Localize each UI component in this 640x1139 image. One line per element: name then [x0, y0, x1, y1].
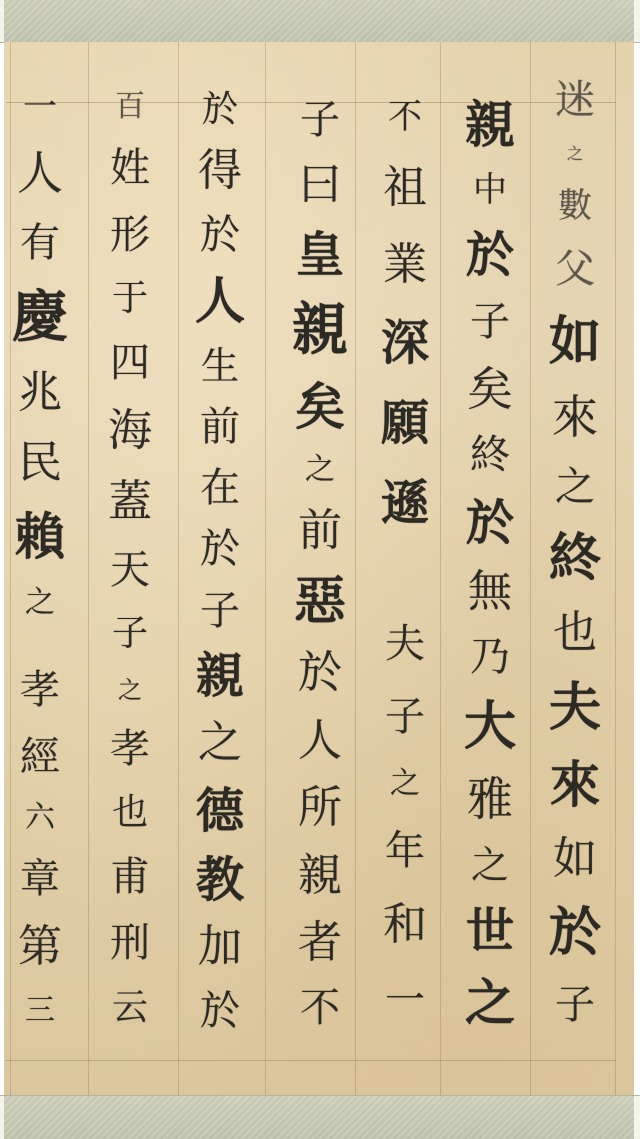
calligraphy-glyph: 之 — [471, 846, 509, 884]
calligraphy-glyph: 終 — [549, 533, 601, 585]
calligraphy-column-5: 於得於人生前在於子親之德教加於 — [180, 42, 260, 1092]
calligraphy-glyph: 所 — [298, 786, 342, 830]
calligraphy-column-4: 子曰皇親矣之前惡於人所親者不 — [280, 42, 360, 1100]
calligraphy-glyph: 皇 — [296, 231, 344, 279]
calligraphy-glyph: 在 — [200, 468, 240, 508]
calligraphy-glyph: 於 — [200, 215, 240, 255]
calligraphy-glyph: 蓋 — [108, 480, 152, 524]
calligraphy-glyph: 之 — [567, 146, 583, 162]
calligraphy-glyph: 子 — [385, 697, 425, 737]
calligraphy-glyph: 云 — [112, 990, 148, 1026]
calligraphy-glyph: 人 — [17, 150, 63, 196]
calligraphy-glyph: 之 — [118, 678, 142, 702]
calligraphy-glyph: 於 — [200, 991, 240, 1031]
calligraphy-glyph: 子 — [200, 591, 240, 631]
column-rule-3 — [265, 42, 266, 1095]
calligraphy-glyph: 中 — [473, 173, 507, 207]
calligraphy-glyph: 如 — [549, 316, 601, 368]
calligraphy-glyph: 於 — [298, 651, 342, 695]
calligraphy-glyph: 教 — [196, 856, 244, 904]
mount-edge-right — [634, 0, 640, 42]
column-rule-2 — [178, 42, 179, 1095]
column-rule-1 — [88, 42, 89, 1095]
calligraphy-glyph: 前 — [298, 509, 342, 553]
calligraphy-column-3: 不祖業深願遜夫子之年和一 — [365, 42, 445, 1100]
calligraphy-glyph: 之 — [465, 978, 515, 1028]
column-rule-6 — [530, 42, 531, 1095]
calligraphy-glyph: 於 — [202, 92, 238, 128]
calligraphy-glyph: 親 — [465, 100, 515, 150]
mount-edge-left — [0, 1096, 4, 1139]
calligraphy-glyph: 孝 — [20, 670, 60, 710]
calligraphy-glyph: 之 — [555, 467, 595, 507]
silk-mount-bottom — [0, 1095, 640, 1139]
column-rule-7 — [615, 42, 616, 1095]
calligraphy-glyph: 父 — [555, 249, 595, 289]
calligraphy-glyph: 子 — [555, 985, 595, 1025]
calligraphy-glyph: 之 — [198, 721, 242, 765]
calligraphy-glyph: 終 — [470, 435, 510, 475]
calligraphy-glyph: 年 — [385, 831, 425, 871]
calligraphy-glyph: 六 — [25, 803, 55, 833]
calligraphy-glyph: 子 — [470, 302, 510, 342]
calligraphy-glyph: 之 — [25, 588, 55, 618]
calligraphy-glyph: 也 — [553, 611, 597, 655]
calligraphy-glyph: 刑 — [110, 923, 150, 963]
calligraphy-glyph: 慶 — [12, 289, 68, 345]
calligraphy-glyph: 不 — [388, 100, 422, 134]
calligraphy-glyph: 雅 — [467, 776, 513, 822]
calligraphy-glyph: 大 — [464, 701, 516, 753]
calligraphy-glyph: 來 — [550, 760, 600, 810]
calligraphy-glyph: 於 — [466, 231, 514, 279]
calligraphy-glyph: 之 — [305, 455, 335, 485]
calligraphy-glyph: 德 — [196, 787, 244, 835]
calligraphy-glyph: 甫 — [110, 857, 150, 897]
calligraphy-glyph: 親 — [196, 652, 244, 700]
calligraphy-glyph: 孝 — [110, 729, 150, 769]
calligraphy-glyph: 人 — [195, 276, 245, 326]
calligraphy-glyph: 矣 — [295, 382, 345, 432]
calligraphy-column-1: 迷之數父如來之終也夫來如於子 — [535, 42, 615, 1080]
calligraphy-glyph: 加 — [198, 925, 242, 969]
calligraphy-glyph: 子 — [300, 100, 340, 140]
calligraphy-glyph: 海 — [108, 409, 152, 453]
calligraphy-glyph: 子 — [112, 616, 148, 652]
calligraphy-glyph: 天 — [110, 550, 150, 590]
calligraphy-glyph: 者 — [298, 921, 342, 965]
calligraphy-glyph: 經 — [20, 737, 60, 777]
calligraphy-glyph: 于 — [112, 281, 148, 317]
calligraphy-glyph: 來 — [552, 394, 598, 440]
calligraphy-glyph: 深 — [381, 319, 429, 367]
calligraphy-glyph: 前 — [200, 407, 240, 447]
calligraphy-glyph: 如 — [553, 837, 597, 881]
calligraphy-glyph: 願 — [381, 399, 429, 447]
calligraphy-glyph: 於 — [200, 529, 240, 569]
calligraphy-glyph: 惡 — [294, 576, 346, 628]
calligraphy-glyph: 一 — [23, 90, 57, 124]
calligraphy-glyph: 四 — [110, 343, 150, 383]
calligraphy-glyph: 世 — [466, 907, 514, 955]
calligraphy-glyph: 有 — [20, 223, 60, 263]
calligraphy-glyph: 矣 — [467, 366, 513, 412]
calligraphy-glyph: 曰 — [298, 163, 342, 207]
calligraphy-column-7: 一人有慶兆民賴之孝經六章第三 — [0, 42, 80, 1090]
calligraphy-glyph: 業 — [383, 243, 427, 287]
calligraphy-glyph: 也 — [112, 795, 148, 831]
mount-edge-right — [634, 1096, 640, 1139]
silk-mount-top — [0, 0, 640, 43]
calligraphy-glyph: 無 — [468, 570, 512, 614]
calligraphy-glyph: 三 — [25, 996, 55, 1026]
calligraphy-glyph: 祖 — [383, 166, 427, 210]
calligraphy-column-2: 親中於子矣終於無乃大雅之世之 — [450, 42, 530, 1100]
calligraphy-glyph: 於 — [549, 907, 601, 959]
calligraphy-glyph: 夫 — [549, 682, 601, 734]
calligraphy-glyph: 得 — [198, 149, 242, 193]
mount-edge-left — [0, 0, 4, 42]
calligraphy-glyph: 迷 — [555, 80, 595, 120]
calligraphy-glyph: 一 — [385, 980, 425, 1020]
calligraphy-glyph: 百 — [115, 92, 145, 122]
calligraphy-glyph: 人 — [298, 719, 342, 763]
calligraphy-glyph: 第 — [18, 925, 62, 969]
calligraphy-glyph: 數 — [558, 189, 592, 223]
calligraphy-glyph: 形 — [110, 215, 150, 255]
calligraphy-glyph: 之 — [390, 769, 420, 799]
calligraphy-glyph: 夫 — [385, 624, 425, 664]
calligraphy-glyph: 親 — [298, 854, 342, 898]
calligraphy-glyph: 兆 — [18, 371, 62, 415]
calligraphy-glyph: 不 — [300, 988, 340, 1028]
calligraphy-glyph: 和 — [383, 903, 427, 947]
calligraphy-glyph: 民 — [18, 441, 62, 485]
calligraphy-glyph: 生 — [201, 347, 239, 385]
calligraphy-glyph: 乃 — [470, 637, 510, 677]
calligraphy-glyph: 姓 — [110, 148, 150, 188]
calligraphy-column-6: 百姓形于四海蓋天子之孝也甫刑云 — [90, 42, 170, 1092]
calligraphy-glyph: 於 — [466, 499, 514, 547]
calligraphy-glyph: 親 — [292, 302, 348, 358]
calligraphy-glyph: 遜 — [381, 479, 429, 527]
calligraphy-glyph: 賴 — [15, 512, 65, 562]
calligraphy-glyph: 章 — [20, 859, 60, 899]
